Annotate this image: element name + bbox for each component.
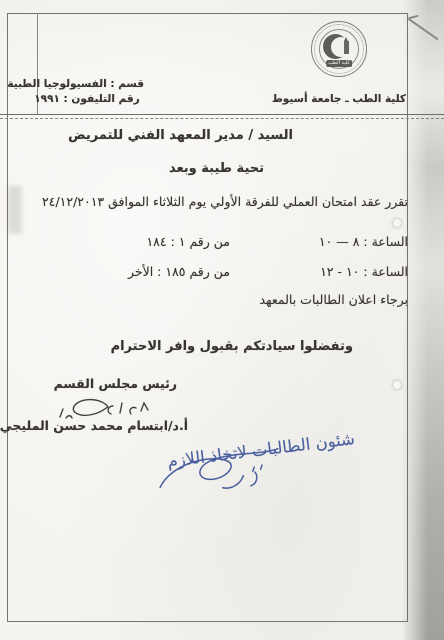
faculty-seal: كلية الطب bbox=[311, 21, 367, 77]
scan-shadow-band bbox=[402, 0, 444, 640]
schedule-time-1: الساعة : ٨ — ١٠ bbox=[319, 234, 408, 249]
crease-mark bbox=[408, 18, 439, 40]
closing-line: وتفضلوا سيادتكم بقبول وافر الاحترام bbox=[111, 339, 353, 354]
punch-hole bbox=[393, 219, 401, 227]
department-info: قسم : الفسيولوجيا الطبية رقم التليفون : … bbox=[30, 77, 144, 107]
salutation-line: تحية طيبة وبعد bbox=[169, 161, 264, 176]
punch-hole bbox=[393, 381, 401, 389]
letterhead-separator-line bbox=[0, 114, 444, 119]
institution-name: كلية الطب ـ جامعة أسيوط bbox=[288, 93, 406, 105]
department-label: قسم : الفسيولوجيا الطبية bbox=[30, 77, 144, 92]
signatory-title: رئيس مجلس القسم bbox=[54, 376, 177, 391]
phone-label: رقم التليفون : ١٩٩١ bbox=[30, 92, 144, 107]
request-line: برجاء اعلان الطالبات بالمعهد bbox=[260, 292, 408, 307]
scan-smudge bbox=[8, 186, 22, 234]
seal-caption: كلية الطب bbox=[326, 60, 352, 67]
schedule-numbers-1: من رقم ١ : ١٨٤ bbox=[146, 234, 230, 249]
exam-announcement-line: تقرر عقد امتحان العملي للفرقة الأولي يوم… bbox=[42, 194, 408, 209]
scanned-letter-page: قسم : الفسيولوجيا الطبية رقم التليفون : … bbox=[0, 0, 444, 640]
addressee-line: السيد / مدير المعهد الفني للتمريض bbox=[68, 128, 293, 143]
minaret-icon bbox=[344, 41, 349, 54]
signatory-name: أ.د/ابتسام محمد حسن المليجي bbox=[0, 418, 188, 433]
schedule-time-2: الساعة : ١٠ - ١٢ bbox=[320, 264, 408, 279]
schedule-numbers-2: من رقم ١٨٥ : الأخر bbox=[128, 264, 230, 279]
